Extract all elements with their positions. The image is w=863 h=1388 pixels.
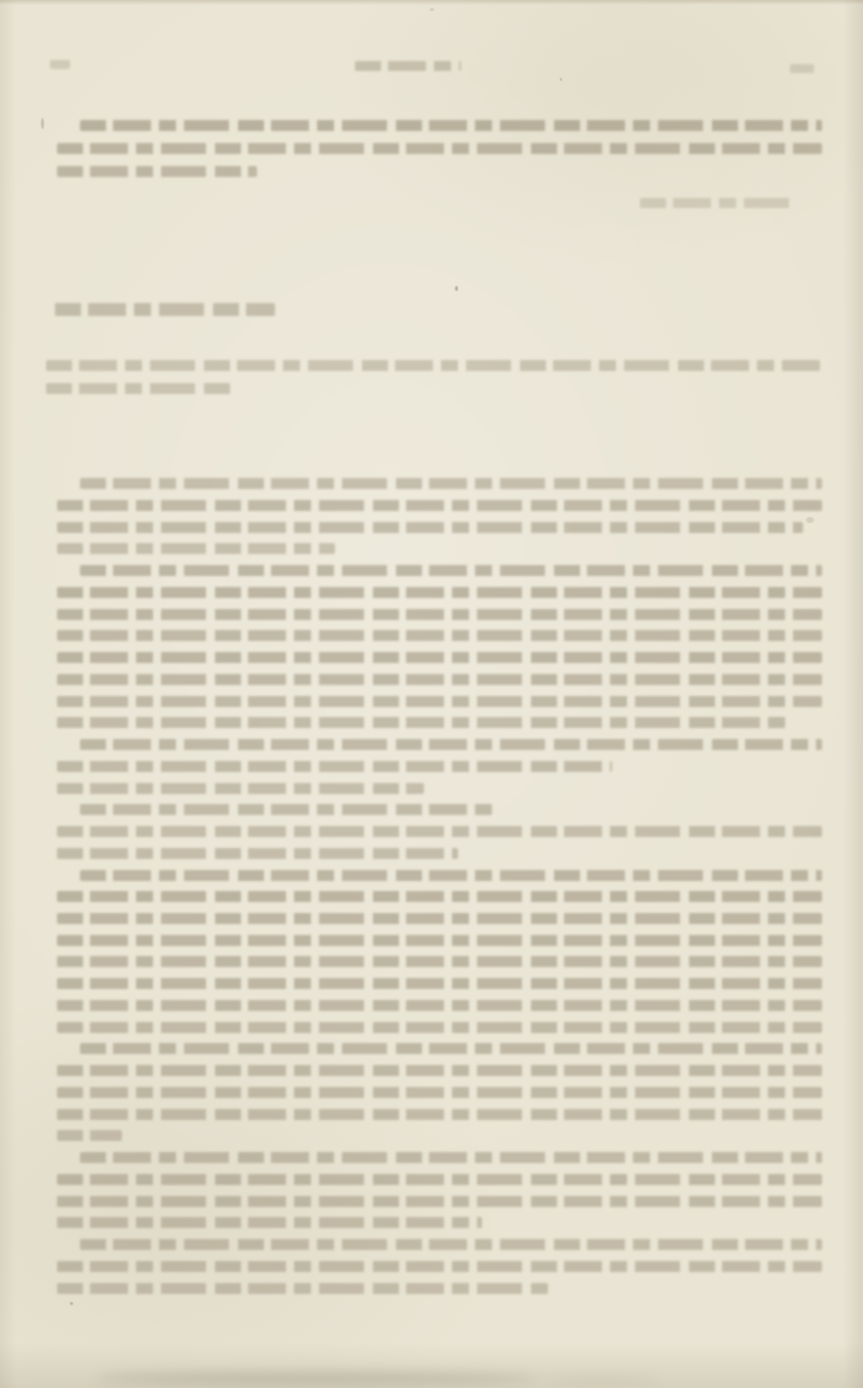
running-header-left-page-number-ghost-line [50, 60, 70, 69]
body-text-ghost-line [57, 913, 822, 924]
ink-speck [560, 78, 562, 81]
body-text-ghost-line [57, 1217, 482, 1228]
body-text-ghost-line [57, 674, 822, 685]
intro-paragraph-ghost-line [57, 143, 822, 154]
body-text-ghost-line [57, 630, 822, 641]
body-text-ghost-line [57, 500, 822, 511]
body-text-ghost-line [57, 1022, 822, 1033]
body-text-ghost-line [57, 826, 822, 837]
body-text-ghost-line [57, 1087, 822, 1098]
body-text-ghost-line [57, 1174, 822, 1185]
body-text-ghost-line [80, 565, 822, 576]
body-text-ghost-line [57, 935, 822, 946]
body-text-ghost-line [57, 1283, 548, 1294]
body-text-ghost-line [80, 1152, 822, 1163]
body-text-ghost-line [57, 891, 822, 902]
body-text-ghost-line [57, 696, 822, 707]
body-text-ghost-line [57, 956, 822, 967]
ink-speck [70, 1302, 73, 1305]
scan-smudge [540, 1376, 660, 1385]
body-text-ghost-line [80, 1043, 822, 1054]
body-text-ghost-line [57, 783, 424, 794]
body-text-ghost-line [57, 717, 793, 728]
body-text-ghost-line [57, 1261, 822, 1272]
bibliographic-note-ghost-line [46, 383, 232, 394]
body-text-ghost-line [57, 1000, 822, 1011]
ink-speck [41, 118, 44, 129]
body-text-ghost-line [57, 522, 803, 533]
intro-paragraph-ghost-line [57, 166, 257, 177]
scanned-page: Scanned page of an old printed publicati… [0, 0, 863, 1388]
body-text-ghost-line [57, 1065, 822, 1076]
author-signature-ghost-line [640, 198, 792, 208]
body-text-ghost-line [57, 609, 822, 620]
body-text-ghost-line [57, 652, 822, 663]
body-text-ghost-line [57, 1196, 822, 1207]
body-text-ghost-line [80, 478, 822, 489]
ink-speck [806, 517, 814, 523]
ink-speck [430, 8, 434, 11]
body-text-ghost-line [80, 739, 822, 750]
body-text-ghost-line [80, 870, 822, 881]
running-header-right-page-number-ghost-line [790, 64, 814, 73]
body-text-ghost-line [57, 1109, 822, 1120]
body-text-ghost-line [57, 587, 822, 598]
body-text-ghost-line [57, 1130, 122, 1141]
ink-speck [455, 286, 458, 291]
running-header-title-ghost-line [355, 61, 461, 71]
section-heading-ghost-line [55, 303, 275, 316]
body-text-ghost-line [57, 761, 612, 772]
body-text-ghost-line [80, 1239, 822, 1250]
body-text-ghost-line [57, 848, 458, 859]
body-text-ghost-line [57, 978, 822, 989]
intro-paragraph-ghost-line [80, 120, 822, 131]
body-text-ghost-line [57, 543, 335, 554]
body-text-ghost-line [80, 804, 492, 815]
bibliographic-note-ghost-line [46, 360, 820, 371]
scan-smudge [95, 1372, 540, 1385]
